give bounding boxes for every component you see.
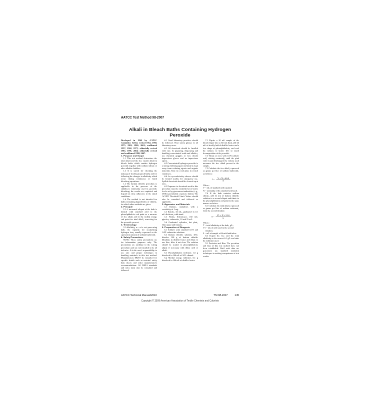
footer-page-number: 145 [235, 294, 239, 297]
para-1-3: 1.3 The barium chloride procedure is app… [121, 182, 157, 197]
footer-manual-reference: AATCC Technical Manual/2010 [121, 294, 157, 297]
para-1-1: 1.1 This test method determines the tota… [121, 157, 157, 170]
para-4-5: 4.5 Exposure to chemicals used in this p… [162, 185, 198, 203]
copyright-line: Copyright © 2009 American Association of… [121, 300, 239, 303]
para-7-4: 7.4 If the bath contains sodium silicate… [203, 192, 239, 205]
text-column-2: 4.1 Good laboratory practices should be … [162, 139, 198, 292]
para-6-2: 6.2 Barium chloride solution, 10%: disso… [162, 233, 198, 251]
footer-method-number: TM 98-2007 [214, 294, 228, 297]
safety-note-paragraph: NOTE: These safety precautions are for i… [121, 238, 157, 271]
page-footer: AATCC Technical Manual/2010 TM 98-200714… [121, 294, 239, 297]
equation-2-denominator: S [216, 217, 231, 220]
equation-2-fraction: V1 × N × 53.0S [216, 214, 231, 219]
equation-1-lhs: A = [212, 178, 215, 181]
para-8-1: 8.1 Calculate the total alkali, expresse… [203, 204, 239, 212]
para-6-4: 6.4 Methyl orange indicator, 0.1 g disso… [162, 256, 198, 261]
para-4-3: 4.3 Concentrated hydrogen peroxide is a … [162, 162, 198, 175]
para-1-2: 1.2 It is useful for checking the makeup… [121, 170, 157, 183]
para-4-2: 4.2 All chemicals should be handled with… [162, 147, 198, 162]
para-7-2: 7.2 Titrate at once with 0.1N sulfuric a… [203, 154, 239, 167]
document-page: AATCC Test Method 98-2007 Alkali in Blea… [0, 0, 368, 420]
equation-total-alkali: T =V1 × N × 53.0S [203, 214, 239, 219]
para-7-1: 7.1 Pipette a 10 mL sample of the bleach… [203, 139, 239, 154]
text-column-1: Developed in 1946 by AATCC Committee RA3… [121, 139, 157, 292]
para-8-2: 8.2 Report the free and the total alkali… [203, 234, 239, 242]
para-7-3: 7.3 Calculate the free alkali, expressed… [203, 167, 239, 175]
para-9-1: 9.1 Precision and Bias. The precision an… [203, 242, 239, 257]
para-4-1: 4.1 Good laboratory practices should be … [162, 139, 198, 147]
para-4-4: 4.4 An eyewash/safety shower should be l… [162, 175, 198, 185]
history-paragraph: Developed in 1946 by AATCC Committee RA3… [121, 139, 157, 154]
equation-1-fraction: V × N × 40.0S [216, 177, 230, 182]
page-title: Alkali in Bleach Baths Containing Hydrog… [121, 127, 239, 138]
text-column-3: 7.1 Pipette a 10 mL sample of the bleach… [203, 139, 239, 292]
para-1-4: 1.4 The method is not intended for baths… [121, 198, 157, 206]
equation-2-lhs: T = [211, 216, 214, 219]
para-3-1: 3.1 alkalinity, n.—of a wet processing b… [121, 226, 157, 236]
equation-free-alkali: A =V × N × 40.0S [203, 177, 239, 182]
method-number-header: AATCC Test Method 98-2007 [121, 116, 271, 120]
equation-1-denominator: S [216, 180, 230, 183]
para-2-1: 2.1 A measured aliquot of the bath is ti… [121, 208, 157, 223]
footer-right-group: TM 98-2007145 [214, 294, 239, 297]
